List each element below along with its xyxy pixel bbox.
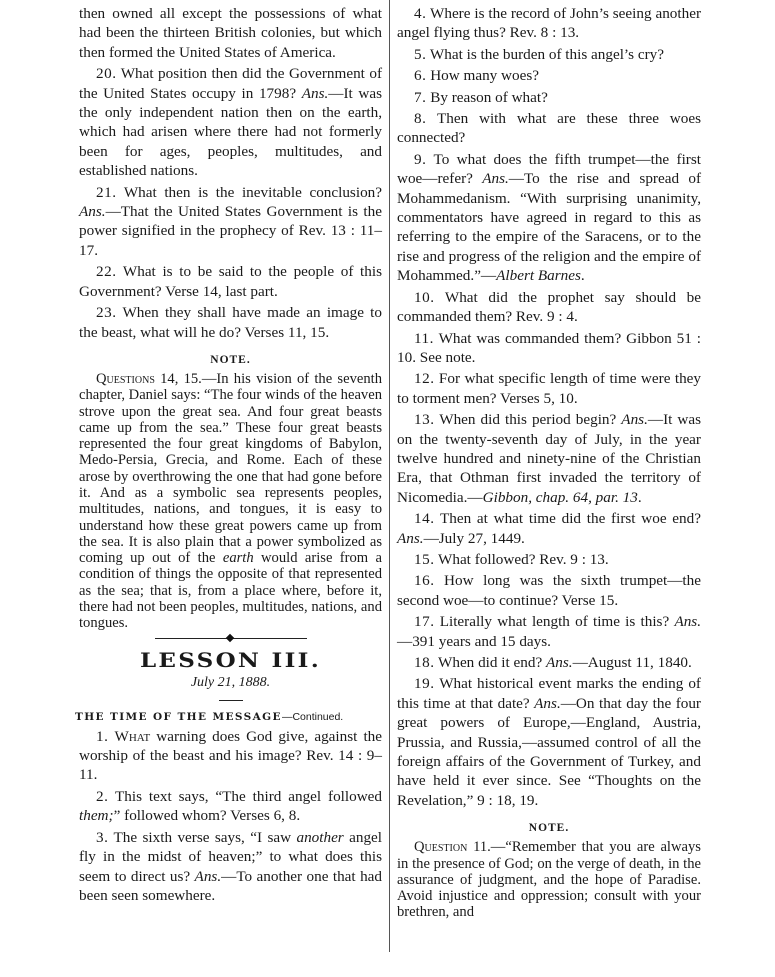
answer-text: —August 11, 1840. [573,654,692,671]
question-emphasis: them; [79,807,114,824]
lesson-question-1: 1. What warning does God give, against t… [79,727,382,785]
question-21: 21. What then is the inevitable conclusi… [79,183,382,261]
question-5: 5. What is the burden of this angel’s cr… [397,45,701,64]
answer-label: Ans. [79,203,106,220]
question-text: By reason of what? [430,89,548,106]
ornamental-rule [155,636,307,642]
answer-label: Ans. [397,530,424,547]
citation-end: . [581,267,585,284]
question-text: How many woes? [430,67,539,84]
question-19: 19. What historical event marks the endi… [397,674,701,810]
note-lead: Question 11. [414,839,491,855]
question-number: 16. [414,572,434,589]
question-emphasis: another [296,829,343,846]
question-text: When they shall have made an image to th… [79,304,382,340]
answer-label: Ans. [674,613,701,630]
citation: Albert Barnes [496,267,581,284]
question-number: 12. [414,370,434,387]
note-emphasis: earth [223,550,254,566]
note-heading: NOTE. [79,352,382,368]
answer-label: Ans. [302,85,329,102]
question-4: 4. Where is the record of John’s seeing … [397,4,701,43]
note-body: Questions 14, 15.—In his vision of the s… [79,371,382,632]
continuation-paragraph: then owned all except the possessions of… [79,4,382,62]
question-12: 12. For what specific length of time wer… [397,369,701,408]
question-16: 16. How long was the sixth trumpet—the s… [397,571,701,610]
question-number: 19. [414,675,434,692]
question-15: 15. What followed? Rev. 9 : 13. [397,550,701,569]
answer-text: —391 years and 15 days. [397,633,551,650]
lesson-question-2: 2. This text says, “The third angel foll… [79,787,382,826]
question-17: 17. Literally what length of time is thi… [397,612,701,651]
question-7: 7. By reason of what? [397,88,701,107]
question-text: What did the prophet say should be comma… [397,289,701,325]
question-number: 9. [414,151,426,168]
question-number: 4. [414,5,426,22]
lesson-title: LESSON III. [56,648,404,672]
question-20: 20. What position then did the Governmen… [79,64,382,180]
right-column: 4. Where is the record of John’s seeing … [397,4,701,921]
question-6: 6. How many woes? [397,66,701,85]
question-text: What then is the inevitable conclusion? [124,184,382,201]
question-13: 13. When did this period begin? Ans.—It … [397,410,701,507]
citation: Gibbon, chap. 64, par. 13 [483,489,638,506]
question-number: 1. [96,728,108,745]
answer-label: Ans. [546,654,573,671]
question-14: 14. Then at what time did the first woe … [397,509,701,548]
question-number: 22. [96,263,116,280]
question-number: 17. [414,613,434,630]
note-heading: NOTE. [397,820,701,836]
question-text: This text says, “The third angel followe… [115,788,382,805]
document-page: then owned all except the possessions of… [0,0,775,977]
answer-text: —That the United States Government is th… [79,203,382,259]
answer-label: Ans. [195,868,222,885]
left-column: then owned all except the possessions of… [79,4,382,905]
note-body: Question 11.—“Remember that you are alwa… [397,839,701,920]
lesson-date: July 21, 1888. [79,674,382,692]
question-number: 14. [414,510,434,527]
answer-label: Ans. [482,170,509,187]
question-text: When did this period begin? [439,411,621,428]
question-18: 18. When did it end? Ans.—August 11, 184… [397,653,701,672]
question-number: 20. [96,65,116,82]
question-number: 18. [414,654,434,671]
question-text: Then at what time did the first woe end? [440,510,701,527]
citation-end: . [638,489,642,506]
question-number: 7. [414,89,426,106]
question-text: Then with what are these three woes conn… [397,110,701,146]
short-rule [219,700,243,701]
question-number: 13. [414,411,434,428]
question-number: 21. [96,184,116,201]
section-title: THE TIME OF THE MESSAGE [75,711,282,723]
question-first-word: What [114,728,150,745]
question-number: 6. [414,67,426,84]
question-22: 22. What is to be said to the people of … [79,262,382,301]
section-continued-label: —Continued. [282,711,343,723]
question-text: What was commanded them? Gibbon 51 : 10.… [397,330,701,366]
question-text: Where is the record of John’s seeing ano… [397,5,701,41]
question-text: How long was the sixth trumpet—the secon… [397,572,701,608]
question-text: What is the burden of this angel’s cry? [430,46,664,63]
answer-label: Ans. [621,411,648,428]
question-23: 23. When they shall have made an image t… [79,303,382,342]
lesson-question-3: 3. The sixth verse says, “I saw another … [79,828,382,906]
question-11: 11. What was commanded them? Gibbon 51 :… [397,329,701,368]
question-number: 3. [96,829,108,846]
question-10: 10. What did the prophet say should be c… [397,288,701,327]
question-text: What followed? Rev. 9 : 13. [438,551,609,568]
note-lead: Questions 14, 15. [96,371,202,387]
question-number: 8. [414,110,426,127]
section-heading: THE TIME OF THE MESSAGE—Continued. [75,709,382,725]
question-text: The sixth verse says, “I saw [114,829,297,846]
question-text: When did it end? [438,654,546,671]
question-number: 5. [414,46,426,63]
diamond-ornament-icon [225,633,233,641]
question-text: Literally what length of time is this? [440,613,675,630]
question-number: 23. [96,304,116,321]
question-text: What is to be said to the people of this… [79,263,382,299]
question-8: 8. Then with what are these three woes c… [397,109,701,148]
question-number: 10. [414,289,434,306]
question-number: 15. [414,551,434,568]
question-number: 2. [96,788,108,805]
note-text: —In his vision of the seventh chapter, D… [79,371,382,566]
answer-text: —July 27, 1449. [424,530,525,547]
question-text-continued: ” followed whom? Verses 6, 8. [114,807,301,824]
question-9: 9. To what does the fifth trumpet—the fi… [397,150,701,286]
answer-label: Ans. [534,695,561,712]
column-divider [389,0,390,952]
question-text: For what specific length of time were th… [397,370,701,406]
question-number: 11. [414,330,434,347]
